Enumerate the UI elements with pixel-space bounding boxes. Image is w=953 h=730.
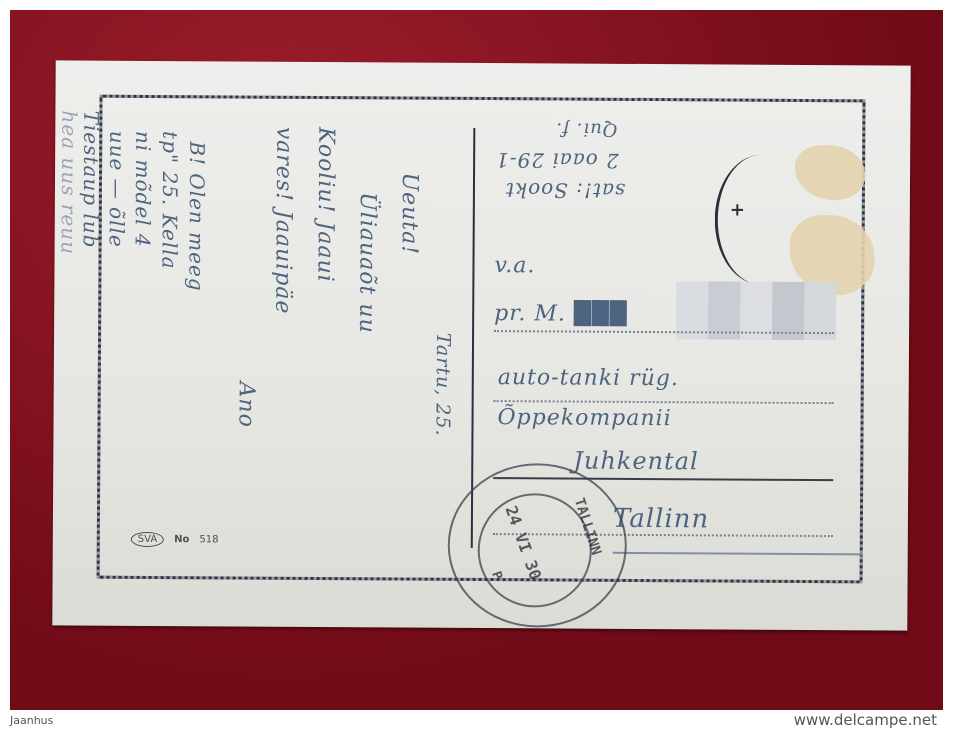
- message-column: hea uus reuu: [57, 110, 82, 255]
- address-line: Juhkental: [573, 447, 699, 476]
- message-column: tp" 25. Kella: [157, 131, 182, 270]
- message-column: vares! Jaauipäe: [270, 127, 296, 315]
- address-line: Õppekompanii: [497, 405, 671, 431]
- message-column: B! Olen meeg: [184, 141, 209, 292]
- sender-note-line: Qui. f.: [555, 118, 617, 139]
- address-line: auto-tanki rüg.: [498, 365, 679, 391]
- publisher-logo: SVA: [131, 532, 164, 547]
- sender-note-line: 2 oaai 29-1: [495, 148, 619, 173]
- message-column: uue — õlle: [105, 131, 130, 248]
- sender-note-line: sat!: Sookt: [505, 178, 625, 203]
- stamp-cross-icon: +: [730, 200, 746, 221]
- message-column: Kooliu! Jaaui: [312, 127, 338, 283]
- publisher-number-label: No: [174, 534, 189, 545]
- stamp-cancel-arc: [714, 154, 808, 285]
- message-column: ni mõdel 4: [131, 131, 156, 248]
- place-date: Tartu, 25.: [431, 333, 454, 437]
- watermark-footer: Jaanhus www.delcampe.net: [0, 710, 953, 730]
- signature: Ano: [233, 381, 258, 427]
- address-line: pr. M. ███: [494, 301, 628, 327]
- message-column: Tiestaup lub: [79, 111, 104, 249]
- publisher-mark: SVA No 518: [131, 532, 219, 548]
- site-watermark: www.delcampe.net: [794, 711, 937, 729]
- seller-credit: Jaanhus: [10, 714, 53, 727]
- message-column: Üliauaõt uu: [354, 192, 380, 334]
- publisher-number: 518: [199, 534, 218, 545]
- message-column: Ueuta!: [397, 172, 423, 255]
- address-line: Tallinn: [613, 504, 709, 535]
- postcard: + Qui. f. 2 oaai 29-1 sat!: Sookt v.a. p…: [52, 60, 910, 630]
- address-line: v.a.: [494, 253, 535, 278]
